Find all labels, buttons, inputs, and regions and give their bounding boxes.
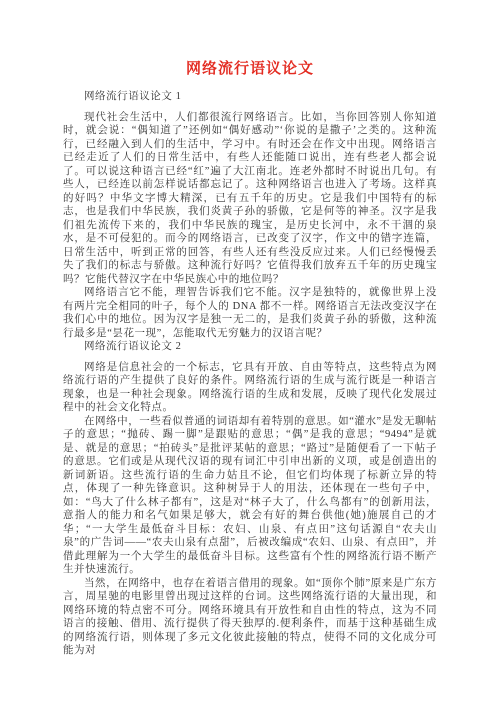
section-2-paragraph-1: 网络是信息社会的一个标志，它具有开放、自由等特点，这些特点为网络流行语的产生提供… bbox=[63, 361, 437, 415]
section-1-paragraph-2: 网络语言它不能，理智告诉我们它不能。汉字是独特的，就像世界上没有两片完全相同的叶… bbox=[63, 286, 437, 340]
section-1-paragraph-1: 现代社会生活中，人们都很流行网络语言。比如，当你回答别人你知道时，就会说：“偶知… bbox=[63, 111, 437, 287]
document-page: 网络流行语议论文 网络流行语议论文 1 现代社会生活中，人们都很流行网络语言。比… bbox=[0, 0, 500, 708]
section-2-paragraph-2: 在网络中，一些看似普通的词语却有着特别的意思。如“灌水”是发无聊帖子的意思；“抛… bbox=[63, 415, 437, 577]
section-2-heading: 网络流行语议论文 2 bbox=[63, 340, 437, 354]
essay-section-2: 网络流行语议论文 2 网络是信息社会的一个标志，它具有开放、自由等特点，这些特点… bbox=[63, 340, 437, 658]
essay-section-1: 网络流行语议论文 1 现代社会生活中，人们都很流行网络语言。比如，当你回答别人你… bbox=[63, 90, 437, 340]
page-title: 网络流行语议论文 bbox=[63, 60, 437, 79]
section-2-paragraph-3: 当然，在网络中，也存在着语言借用的现象。如“顶你个肺”原来是广东方言，周星驰的电… bbox=[63, 577, 437, 658]
section-1-heading: 网络流行语议论文 1 bbox=[63, 90, 437, 104]
